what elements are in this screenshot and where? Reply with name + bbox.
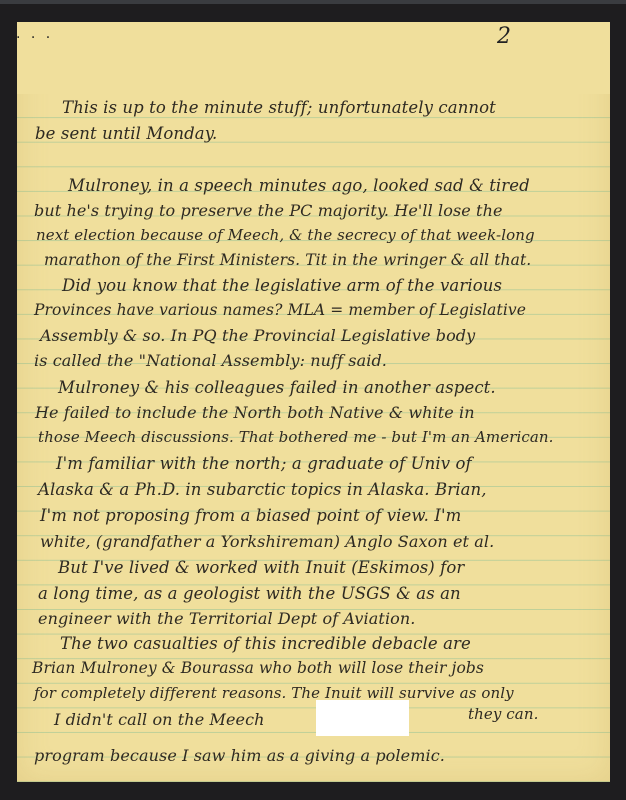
text-line-1: This is up to the minute stuff; unfortun… <box>62 98 496 117</box>
text-line-12: He failed to include the North both Nati… <box>35 403 475 422</box>
text-line-23: for completely different reasons. The In… <box>34 684 514 702</box>
text-line-15: Alaska & a Ph.D. in subarctic topics in … <box>38 480 487 499</box>
text-line-3: Mulroney, in a speech minutes ago, looke… <box>68 176 530 195</box>
text-line-8: Provinces have various names? MLA = memb… <box>34 301 526 319</box>
page-number: 2 <box>497 24 511 49</box>
text-line-14: I'm familiar with the north; a graduate … <box>56 454 472 473</box>
text-line-20: engineer with the Territorial Dept of Av… <box>38 609 415 628</box>
text-line-4: but he's trying to preserve the PC major… <box>34 201 503 220</box>
text-line-5: next election because of Meech, & the se… <box>36 226 535 244</box>
text-line-26: program because I saw him as a giving a … <box>34 746 445 765</box>
text-line-11: Mulroney & his colleagues failed in anot… <box>58 378 496 397</box>
redaction-box <box>316 700 409 736</box>
text-line-9: Assembly & so. In PQ the Provincial Legi… <box>40 326 475 345</box>
text-line-21: The two casualties of this incredible de… <box>60 634 471 653</box>
text-line-13: those Meech discussions. That bothered m… <box>38 428 554 446</box>
text-line-10: is called the "National Assembly: nuff s… <box>34 351 387 370</box>
text-line-2: be sent until Monday. <box>35 124 217 143</box>
text-line-16: I'm not proposing from a biased point of… <box>40 506 461 525</box>
text-line-17: white, (grandfather a Yorkshireman) Angl… <box>40 532 494 551</box>
text-line-22: Brian Mulroney & Bourassa who both will … <box>32 659 484 677</box>
text-line-18: But I've lived & worked with Inuit (Eski… <box>58 558 464 577</box>
corner-marks: . . . <box>16 26 53 42</box>
text-line-19: a long time, as a geologist with the USG… <box>38 584 461 603</box>
text-line-7: Did you know that the legislative arm of… <box>62 276 502 295</box>
text-line-25: I didn't call on the Meech <box>54 710 265 729</box>
scan-top-edge <box>0 0 626 4</box>
text-line-6: marathon of the First Ministers. Tit in … <box>44 251 531 269</box>
text-line-24: they can. <box>468 705 538 723</box>
